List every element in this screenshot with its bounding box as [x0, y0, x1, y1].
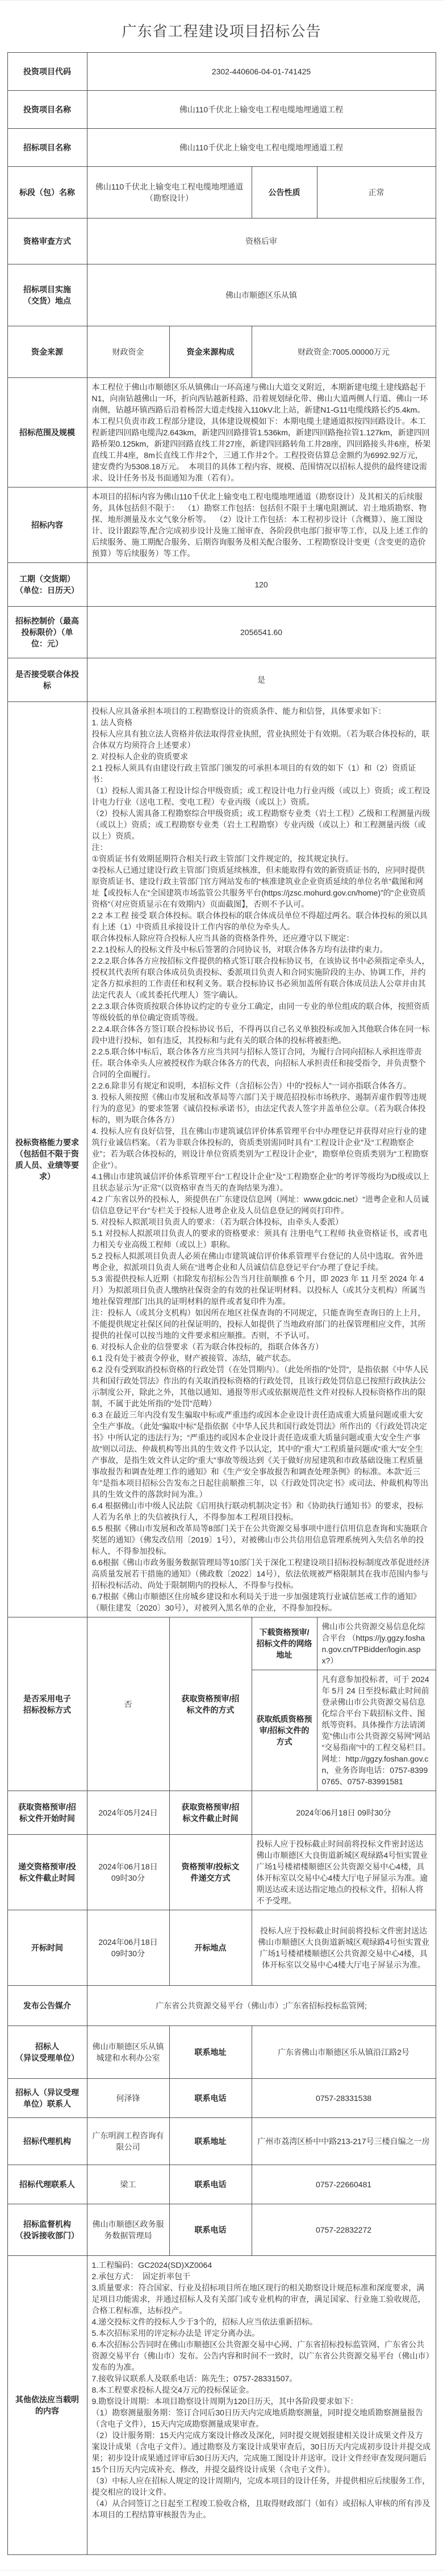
- funding-composition-value: 财政资金:7005.00000万元: [252, 326, 436, 378]
- supervisor-phone-label: 联系电话: [169, 2204, 252, 2256]
- row-opening: 开标时间 2024年06月18日 09时30分 开标地点 投标人应于投标截止时间…: [7, 1910, 436, 1986]
- row-label: 投资项目代码: [7, 53, 87, 91]
- investment-code-value: 2302-440606-04-01-741425: [87, 53, 436, 91]
- tenderer-phone-label: 联系电话: [169, 2079, 252, 2118]
- doc-start-value: 2024年05月24日: [87, 1791, 169, 1835]
- row-location: 招标项目实施 （交货）地点 佛山市顺德区乐从镇: [7, 264, 436, 326]
- row-agency: 招标代理机构 广东明润工程咨询有限公司 联系地址 广州市荔湾区桥中中路213-2…: [7, 2118, 436, 2165]
- tenderer-contact-label: 招标人（异议受理 单位）联系人: [7, 2079, 87, 2118]
- opening-time-value: 2024年06月18日 09时30分: [87, 1910, 169, 1986]
- submit-deadline-value: 2024年06月18日 09时30分: [87, 1835, 169, 1910]
- row-supervisor: 招标监督机构 （投诉接收部门） 佛山市顺德区政务服务数据管理局 联系电话 075…: [7, 2204, 436, 2256]
- agency-label: 招标代理机构: [7, 2118, 87, 2165]
- opening-place-label: 开标地点: [169, 1910, 252, 1986]
- row-label: 是否接受联合体投 标: [7, 658, 87, 702]
- row-funding: 资金来源 财政资金 资金来源构成 财政资金:7005.00000万元: [7, 326, 436, 378]
- row-media: 发布公告媒介 广东省公共资源交易平台（佛山市）;广东省招标投标监管网;: [7, 1986, 436, 2026]
- scope-value: 本工程位于佛山市顺德区乐从镇佛山一环高速与佛山大道交叉附近，本期新建电缆土建线路…: [87, 378, 436, 488]
- submit-method-value: 投标人应于投标截止时间前将投标文件密封送达佛山市顺德区大良街道新城区观绿路4号恒…: [252, 1835, 436, 1910]
- tenderer-value: 佛山市顺德区乐从镇城建和水利办公室: [87, 2026, 169, 2079]
- row-label: 资格审查方式: [7, 218, 87, 264]
- paper-documents-label: 获取纸质资格预 审/招标文件的 方式: [252, 1670, 317, 1791]
- supervisor-label: 招标监督机构 （投诉接收部门）: [7, 2204, 87, 2256]
- row-investment-name: 投资项目名称 佛山110千伏北上输变电工程电缆地埋通道工程: [7, 91, 436, 129]
- supervisor-phone-value: 0757-22832272: [252, 2204, 436, 2256]
- row-label: 招标控制价（最高 投标限价）（单 位：元）: [7, 607, 87, 658]
- agency-address-label: 联系地址: [169, 2118, 252, 2165]
- tenderer-label: 招标人 （异议受理单位）: [7, 2026, 87, 2079]
- row-label: 发布公告媒介: [7, 1986, 87, 2026]
- download-address-value: 佛山市公共资源交易信息化综合平台 （https://jy.ggzy.foshan…: [317, 1617, 436, 1670]
- row-tenderer-contact: 招标人（异议受理 单位）联系人 何泽锋 联系电话 0757-28331538: [7, 2079, 436, 2118]
- row-duration: 工期（交货期） （单位：日历天） 120: [7, 563, 436, 607]
- row-consortium: 是否接受联合体投 标 是: [7, 658, 436, 702]
- opening-time-label: 开标时间: [7, 1910, 87, 1986]
- footer-divider: [0, 2570, 443, 2576]
- notice-nature-label: 公告性质: [252, 167, 317, 218]
- doc-start-label: 获取资格预审/招 标文件开始时间: [7, 1791, 87, 1835]
- content-value: 本项目的招标内容为佛山110千伏北上输变电工程电缆地埋通道（勘察设计）及其相关的…: [87, 488, 436, 563]
- submit-deadline-label: 递交资格预审/投 标文件截止时间: [7, 1835, 87, 1910]
- row-label: 招标范围及规模: [7, 378, 87, 488]
- download-address-label: 下载资格预审/ 招标文件的网络 地址: [252, 1617, 317, 1670]
- page-title: 广东省工程建设项目招标公告: [0, 1, 443, 52]
- row-submit-deadline: 递交资格预审/投 标文件截止时间 2024年06月18日 09时30分 资格预审…: [7, 1835, 436, 1910]
- duration-value: 120: [87, 563, 436, 607]
- row-qualification-requirements: 投标资格能力要求 （包括但不限于资 质人员、业绩等要 求） 投标人应具备承担本项…: [7, 702, 436, 1617]
- doc-end-value: 2024年06月18日 09时30分: [252, 1791, 436, 1835]
- row-label: 投资项目名称: [7, 91, 87, 129]
- agency-phone-value: 0757-22660481: [252, 2165, 436, 2204]
- other-content-label: 其他依法应当载明 的内容: [7, 2256, 87, 2555]
- consortium-value: 是: [87, 658, 436, 702]
- opening-place-value: 投标人应于投标截止时间前将投标文件密封送达佛山市顺德区大良街道新城区观绿路4号恒…: [252, 1910, 436, 1986]
- location-value: 佛山市顺德区乐从镇: [87, 264, 436, 326]
- investment-name-value: 佛山110千伏北上输变电工程电缆地埋通道工程: [87, 91, 436, 129]
- tenderer-address-label: 联系地址: [169, 2026, 252, 2079]
- row-agency-contact: 招标代理联系人 梁工 联系电话 0757-22660481: [7, 2165, 436, 2204]
- doc-end-label: 获取资格预审/招 标文件截止时间: [169, 1791, 252, 1835]
- funding-value: 财政资金: [87, 326, 169, 378]
- row-label: 标段（包）名称: [7, 167, 87, 218]
- announcement-table: 投资项目代码 2302-440606-04-01-741425 投资项目名称 佛…: [7, 52, 436, 2555]
- agency-contact-label: 招标代理联系人: [7, 2165, 87, 2204]
- row-scope: 招标范围及规模 本工程位于佛山市顺德区乐从镇佛山一环高速与佛山大道交叉附近，本期…: [7, 378, 436, 488]
- row-section-name: 标段（包）名称 佛山110千伏北上输变电工程电缆地埋通道（勘察设计） 公告性质 …: [7, 167, 436, 218]
- tenderer-contact-value: 何泽锋: [87, 2079, 169, 2118]
- row-label: 招标内容: [7, 488, 87, 563]
- e-bidding-value: 否: [87, 1617, 169, 1791]
- row-investment-code: 投资项目代码 2302-440606-04-01-741425: [7, 53, 436, 91]
- get-documents-label: 获取资格预审/招 标文件的方式: [169, 1617, 252, 1791]
- media-value: 广东省公共资源交易平台（佛山市）;广东省招标投标监管网;: [87, 1986, 436, 2026]
- row-label: 投标资格能力要求 （包括但不限于资 质人员、业绩等要 求）: [7, 702, 87, 1617]
- qualification-requirements-value: 投标人应具备承担本项目的工程勘察设计的资质条件、能力和信誉，具体要求如下： 1.…: [87, 702, 436, 1617]
- row-other-content: 其他依法应当载明 的内容 1.工程编码：GC2024(SD)XZ0064 2.承…: [7, 2256, 436, 2555]
- agency-contact-value: 梁工: [87, 2165, 169, 2204]
- paper-documents-value: 凡有意参加投标者，可于 2024 年 5月 24 日至投标截止时间前登录佛山市公…: [317, 1670, 436, 1791]
- funding-composition-label: 资金来源构成: [169, 326, 252, 378]
- row-doc-time: 获取资格预审/招 标文件开始时间 2024年05月24日 获取资格预审/招 标文…: [7, 1791, 436, 1835]
- section-name-value: 佛山110千伏北上输变电工程电缆地埋通道（勘察设计）: [87, 167, 252, 218]
- notice-nature-value: 正常: [317, 167, 436, 218]
- row-label: 工期（交货期） （单位：日历天）: [7, 563, 87, 607]
- qualification-method-value: 资格后审: [87, 218, 436, 264]
- row-qualification-method: 资格审查方式 资格后审: [7, 218, 436, 264]
- price-limit-value: 2056541.60: [87, 607, 436, 658]
- row-tender-name: 招标项目名称 佛山110千伏北上输变电工程电缆地埋通道工程: [7, 129, 436, 167]
- agency-address-value: 广州市荔湾区桥中中路213-217号三楼自编之一房: [252, 2118, 436, 2165]
- agency-phone-label: 联系电话: [169, 2165, 252, 2204]
- tenderer-address-value: 广东省佛山市顺德区乐从镇沿江路2号: [252, 2026, 436, 2079]
- row-label: 资金来源: [7, 326, 87, 378]
- other-content-value: 1.工程编码：GC2024(SD)XZ0064 2.承包方式： 固定折率包干 3…: [87, 2256, 436, 2555]
- supervisor-value: 佛山市顺德区政务服务数据管理局: [87, 2204, 169, 2256]
- agency-value: 广东明润工程咨询有限公司: [87, 2118, 169, 2165]
- row-price-limit: 招标控制价（最高 投标限价）（单 位：元） 2056541.60: [7, 607, 436, 658]
- row-e-bidding: 是否采用电子 招标投标方式 否 获取资格预审/招 标文件的方式 下载资格预审/ …: [7, 1617, 436, 1670]
- row-label: 招标项目实施 （交货）地点: [7, 264, 87, 326]
- row-content: 招标内容 本项目的招标内容为佛山110千伏北上输变电工程电缆地埋通道（勘察设计）…: [7, 488, 436, 563]
- row-label: 是否采用电子 招标投标方式: [7, 1617, 87, 1791]
- tenderer-phone-value: 0757-28331538: [252, 2079, 436, 2118]
- row-label: 招标项目名称: [7, 129, 87, 167]
- submit-method-label: 资格预审/投标文 件递交方式: [169, 1835, 252, 1910]
- tender-name-value: 佛山110千伏北上输变电工程电缆地埋通道工程: [87, 129, 436, 167]
- row-tenderer: 招标人 （异议受理单位） 佛山市顺德区乐从镇城建和水利办公室 联系地址 广东省佛…: [7, 2026, 436, 2079]
